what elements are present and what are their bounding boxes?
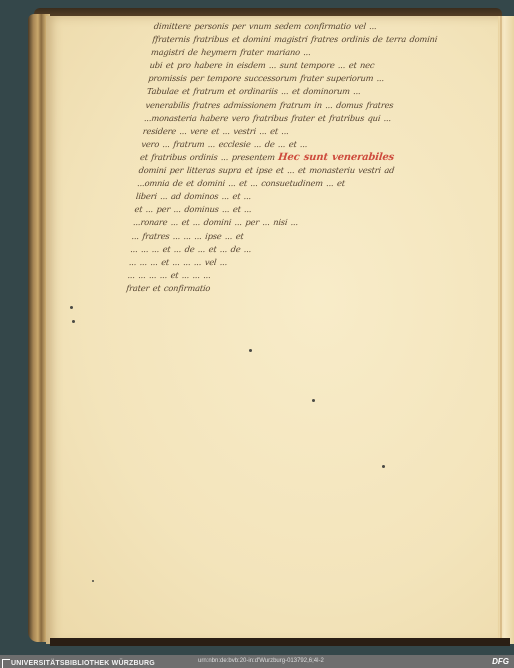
text-line: ... fratres ... ... ... ipse ... et	[131, 230, 477, 243]
text-line: ... ... ... et ... de ... et ... de ...	[130, 243, 476, 256]
text-line: liberi ... ad dominos ... et ...	[135, 190, 481, 203]
text-line: residere ... vere et ... vestri ... et .…	[142, 125, 488, 138]
text-line: venerabilis fratres admissionem fratrum …	[145, 99, 491, 112]
handwritten-text-block: dimittere personis per vnum sedem confir…	[126, 20, 500, 295]
text-line: domini per litteras supra et ipse et ...…	[138, 164, 484, 177]
text-line: dimittere personis per vnum sedem confir…	[153, 20, 499, 33]
text-line: frater et confirmatio	[126, 282, 472, 295]
text-line: ubi et pro habere in eisdem ... sunt tem…	[149, 59, 495, 72]
ink-speck	[249, 349, 252, 352]
text-line: vero ... fratrum ... ecclesie ... de ...…	[141, 138, 487, 151]
text-line: promissis per tempore successorum frater…	[148, 72, 494, 85]
text-line: ...ronare ... et ... domini ... per ... …	[132, 216, 478, 229]
book-bottom-edge	[50, 638, 510, 646]
ink-speck	[70, 306, 73, 309]
institution-logo: UNIVERSITÄTSBIBLIOTHEK WÜRZBURG	[2, 657, 155, 668]
text-line: Tabulae et fratrum et ordinariis ... et …	[146, 85, 492, 98]
text-line: et ... per ... dominus ... et ...	[134, 203, 480, 216]
ink-speck	[382, 465, 385, 468]
dfg-logo: DFG	[492, 655, 509, 668]
text-line: ...monasteria habere vero fratribus frat…	[143, 112, 489, 125]
red-rubric-heading: Hec sunt venerabiles	[278, 152, 395, 163]
ink-speck	[72, 320, 75, 323]
manuscript-viewer: dimittere personis per vnum sedem confir…	[0, 0, 514, 668]
ink-speck	[312, 399, 315, 402]
university-logo-icon	[2, 659, 10, 668]
page-fold-line	[500, 16, 502, 644]
text-line: ... ... ... ... et ... ... ...	[127, 269, 473, 282]
ink-speck	[92, 580, 94, 582]
footer-bar: UNIVERSITÄTSBIBLIOTHEK WÜRZBURG urn:nbn:…	[0, 655, 514, 668]
text-line: et fratribus ordinis ... presentem	[140, 152, 276, 162]
text-line: ffraternis fratribus et domini magistri …	[152, 33, 498, 46]
text-line: ... ... ... et ... ... ... vel ...	[128, 256, 474, 269]
text-line: ...omnia de et domini ... et ... consuet…	[137, 177, 483, 190]
text-line: magistri de heymern frater mariano ...	[150, 46, 496, 59]
urn-identifier: urn:nbn:de:bvb:20-in:d'Wurzburg-013792,6…	[198, 655, 324, 668]
text-line-with-rubric: et fratribus ordinis ... presentem Hec s…	[139, 151, 485, 164]
institution-name: UNIVERSITÄTSBIBLIOTHEK WÜRZBURG	[11, 657, 155, 668]
